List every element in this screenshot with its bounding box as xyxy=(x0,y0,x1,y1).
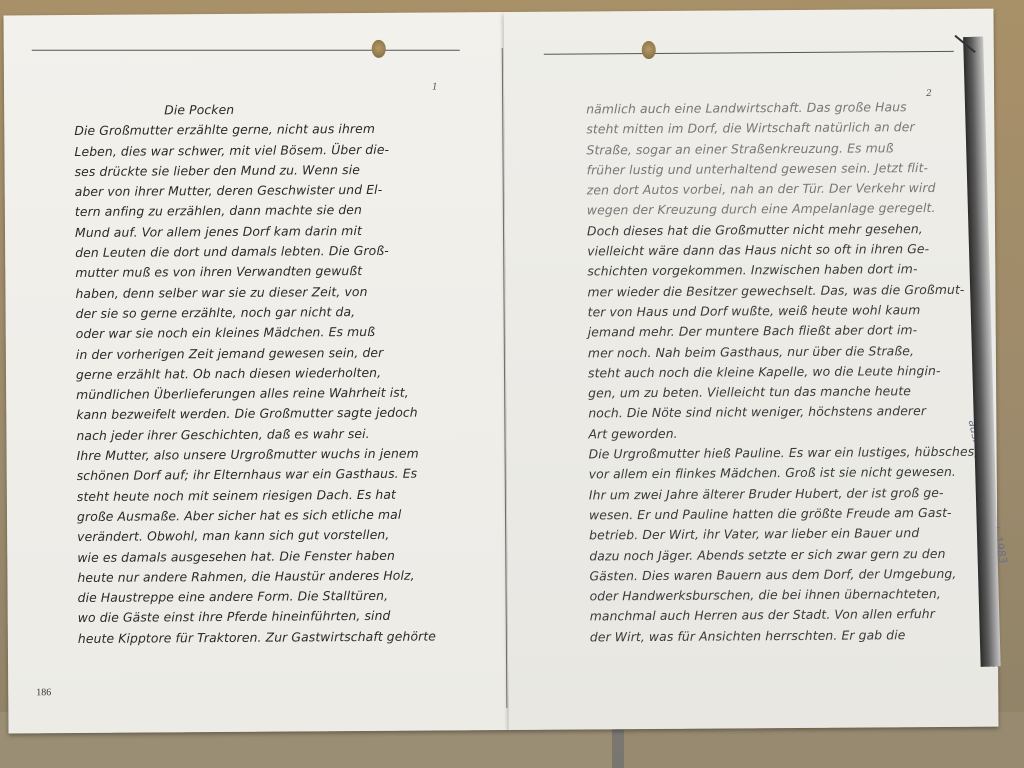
top-rule xyxy=(32,50,460,51)
text-line: dazu noch Jäger. Abends setzte er sich z… xyxy=(589,543,949,566)
text-line: die Haustreppe eine andere Form. Die Sta… xyxy=(78,585,478,608)
text-line: ses drückte sie lieber den Mund zu. Wenn… xyxy=(75,159,475,182)
text-line: Art geworden. xyxy=(588,422,948,445)
text-line: nämlich auch eine Landwirtschaft. Das gr… xyxy=(586,97,946,120)
text-line: der sie so gerne erzählte, noch gar nich… xyxy=(76,301,476,324)
text-line: Die Urgroßmutter hieß Pauline. Es war ei… xyxy=(589,442,949,465)
text-line: früher lustig und unterhaltend gewesen s… xyxy=(587,158,947,181)
text-line: aber von ihrer Mutter, deren Geschwister… xyxy=(75,179,475,202)
text-line: mer noch. Nah beim Gasthaus, nur über di… xyxy=(588,340,948,363)
text-line: wo die Gäste einst ihre Pferde hineinfüh… xyxy=(78,606,478,629)
text-line: nach jeder ihrer Geschichten, daß es wah… xyxy=(76,423,476,446)
text-line: Die Großmutter erzählte gerne, nicht aus… xyxy=(74,119,474,142)
text-line: große Ausmaße. Aber sicher hat es sich e… xyxy=(77,504,477,527)
text-line: oder Handwerksburschen, die bei ihnen üb… xyxy=(590,584,950,607)
text-line: schichten vorgekommen. Inzwischen haben … xyxy=(587,259,947,282)
text-line: Doch dieses hat die Großmutter nicht meh… xyxy=(587,219,947,242)
text-line: manchmal auch Herren aus der Stadt. Von … xyxy=(590,604,950,627)
text-line: der Wirt, was für Ansichten herrschten. … xyxy=(590,625,950,648)
text-line: wesen. Er und Pauline hatten die größte … xyxy=(589,503,949,526)
text-line: Straße, sogar an einer Straßenkreuzung. … xyxy=(586,138,946,161)
text-line: noch. Die Nöte sind nicht weniger, höchs… xyxy=(588,401,948,424)
page-number: 186 xyxy=(36,687,51,698)
text-line: betrieb. Der Wirt, ihr Vater, war lieber… xyxy=(589,523,949,546)
text-line: wie es damals ausgesehen hat. Die Fenste… xyxy=(77,545,477,568)
text-line: gen, um zu beten. Vielleicht tun das man… xyxy=(588,381,948,404)
text-line: verändert. Obwohl, man kann sich gut vor… xyxy=(77,524,477,547)
text-line: oder war sie noch ein kleines Mädchen. E… xyxy=(76,321,476,344)
text-line: heute nur andere Rahmen, die Haustür and… xyxy=(77,565,477,588)
text-line: steht mitten im Dorf, die Wirtschaft nat… xyxy=(586,117,946,140)
handwritten-text: Die Pocken Die Großmutter erzählte gerne… xyxy=(74,98,478,649)
right-page: 2 nämlich auch eine Landwirtschaft. Das … xyxy=(503,9,998,730)
page-corner-mark: 1 xyxy=(432,82,438,92)
text-line: mutter muß es von ihren Verwandten gewuß… xyxy=(75,261,475,284)
text-line: Ihre Mutter, also unsere Urgroßmutter wu… xyxy=(77,443,477,466)
left-page: 1 Die Pocken Die Großmutter erzählte ger… xyxy=(4,12,509,733)
text-line: ter von Haus und Dorf wußte, weiß heute … xyxy=(588,300,948,323)
punch-hole xyxy=(642,41,656,59)
text-line: kann bezweifelt werden. Die Großmutter s… xyxy=(76,403,476,426)
text-line: Ihr um zwei Jahre älterer Bruder Hubert,… xyxy=(589,483,949,506)
text-line: gerne erzählt hat. Ob nach diesen wieder… xyxy=(76,362,476,385)
text-line: in der vorherigen Zeit jemand gewesen se… xyxy=(76,342,476,365)
text-line: steht heute noch mit seinem riesigen Dac… xyxy=(77,484,477,507)
text-line: mündlichen Überlieferungen alles reine W… xyxy=(76,382,476,405)
text-line: tern anfing zu erzählen, dann machte sie… xyxy=(75,200,475,223)
story-title: Die Pocken xyxy=(74,98,474,121)
text-line: Mund auf. Vor allem jenes Dorf kam darin… xyxy=(75,220,475,243)
text-line: den Leuten die dort und damals lebten. D… xyxy=(75,240,475,263)
text-line: jemand mehr. Der muntere Bach fließt abe… xyxy=(588,320,948,343)
text-line: steht auch noch die kleine Kapelle, wo d… xyxy=(588,361,948,384)
text-line: heute Kipptore für Traktoren. Zur Gastwi… xyxy=(78,626,478,649)
text-line: vielleicht wäre dann das Haus nicht so o… xyxy=(587,239,947,262)
text-line: vor allem ein flinkes Mädchen. Groß ist … xyxy=(589,462,949,485)
text-line: schönen Dorf auf; ihr Elternhaus war ein… xyxy=(77,464,477,487)
text-line: Gästen. Dies waren Bauern aus dem Dorf, … xyxy=(589,564,949,587)
text-line: wegen der Kreuzung durch eine Ampelanlag… xyxy=(587,198,947,221)
book-spread: 1 Die Pocken Die Großmutter erzählte ger… xyxy=(4,9,1009,734)
text-line: haben, denn selber war sie zu dieser Zei… xyxy=(75,281,475,304)
text-line: mer wieder die Besitzer gewechselt. Das,… xyxy=(587,280,947,303)
punch-hole xyxy=(372,40,386,58)
handwritten-text: nämlich auch eine Landwirtschaft. Das gr… xyxy=(586,97,950,648)
text-line: zen dort Autos vorbei, nah an der Tür. D… xyxy=(587,178,947,201)
top-rule xyxy=(544,51,954,55)
text-line: Leben, dies war schwer, mit viel Bösem. … xyxy=(74,139,474,162)
